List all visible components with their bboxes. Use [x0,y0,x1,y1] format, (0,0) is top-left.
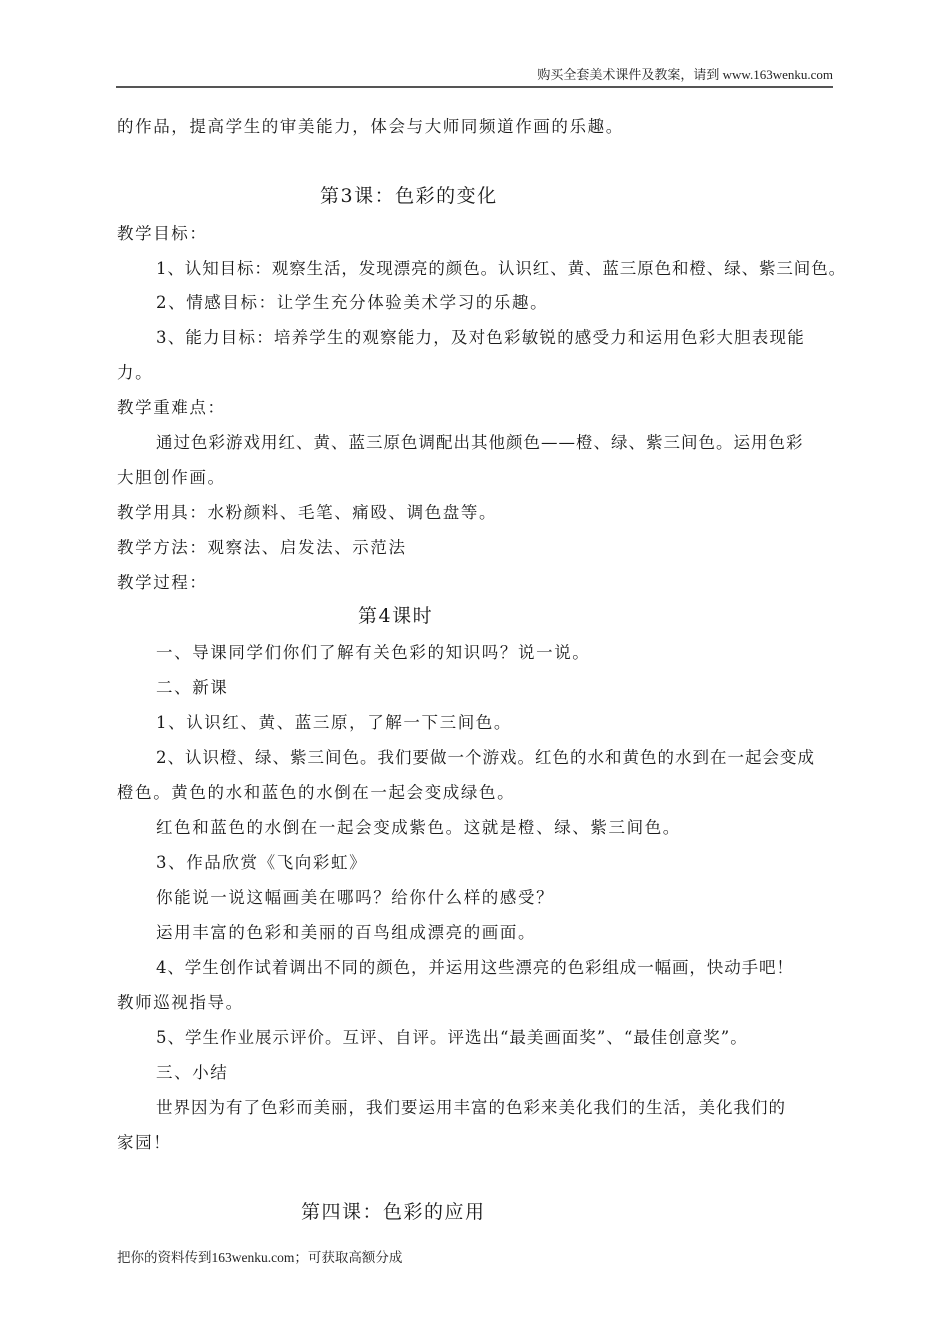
objective-2: 2、情感目标：让学生充分体验美术学习的乐趣。 [156,293,548,313]
objective-3: 3、能力目标：培养学生的观察能力，及对色彩敏锐的感受力和运用色彩大胆表现能 [156,328,805,348]
process-line: 三、小结 [156,1063,228,1083]
process-line: 3、作品欣赏《飞向彩虹》 [156,853,367,873]
objective-1: 1、认知目标：观察生活，发现漂亮的颜色。认识红、黄、蓝三原色和橙、绿、紫三间色。 [156,259,846,279]
key-point-line-1: 通过色彩游戏用红、黄、蓝三原色调配出其他颜色——橙、绿、紫三间色。运用色彩 [156,433,804,453]
process-line: 世界因为有了色彩而美丽，我们要运用丰富的色彩来美化我们的生活，美化我们的 [156,1098,786,1118]
lesson4-title: 第四课：色彩的应用 [301,1200,486,1224]
session4-title: 第4课时 [358,604,433,628]
process-line: 你能说一说这幅画美在哪吗？给你什么样的感受？ [156,888,554,908]
process-line: 教师巡视指导。 [117,993,244,1013]
intro-line: 的作品，提高学生的审美能力，体会与大师同频道作画的乐趣。 [117,117,624,137]
header-promo-text: 购买全套美术课件及教案，请到 www.163wenku.com [537,64,833,83]
process-heading: 教学过程： [117,573,208,593]
process-line: 1、认识红、黄、蓝三原，了解一下三间色。 [156,713,512,733]
process-line: 2、认识橙、绿、紫三间色。我们要做一个游戏。红色的水和黄色的水到在一起会变成 [156,748,815,768]
objective-3-cont: 力。 [117,363,153,383]
key-point-line-2: 大胆创作画。 [117,468,226,488]
footer-promo-text: 把你的资料传到163wenku.com；可获取高额分成 [117,1246,402,1266]
teaching-tools: 教学用具：水粉颜料、毛笔、痛殴、调色盘等。 [117,503,497,523]
teaching-methods: 教学方法：观察法、启发法、示范法 [117,538,407,558]
process-line: 橙色。黄色的水和蓝色的水倒在一起会变成绿色。 [117,783,515,803]
process-line: 4、学生创作试着调出不同的颜色，并运用这些漂亮的色彩组成一幅画，快动手吧！ [156,958,794,978]
process-line: 家园！ [117,1133,171,1153]
process-line: 一、导课同学们你们了解有关色彩的知识吗？说一说。 [156,643,590,663]
process-line: 红色和蓝色的水倒在一起会变成紫色。这就是橙、绿、紫三间色。 [156,818,681,838]
process-line: 运用丰富的色彩和美丽的百鸟组成漂亮的画面。 [156,923,536,943]
page-header: 购买全套美术课件及教案，请到 www.163wenku.com [116,62,833,88]
key-points-heading: 教学重难点： [117,398,226,418]
process-line: 二、新课 [156,678,228,698]
objectives-heading: 教学目标： [117,224,208,244]
process-line: 5、学生作业展示评价。互评、自评。评选出“最美画面奖”、“最佳创意奖”。 [156,1028,748,1048]
lesson3-title: 第3课：色彩的变化 [320,184,498,208]
